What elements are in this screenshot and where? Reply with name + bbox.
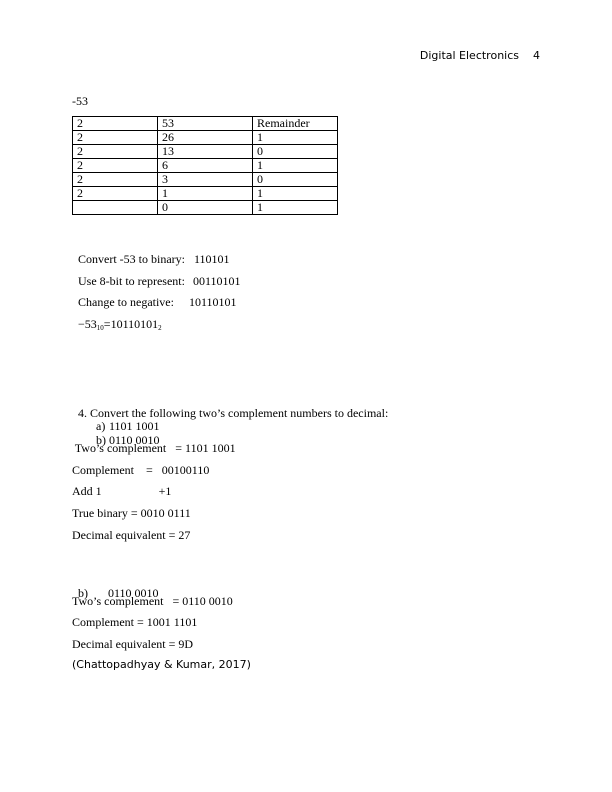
- table-row: 253Remainder: [73, 117, 338, 131]
- table-cell: [73, 201, 158, 215]
- table-cell: 0: [253, 173, 338, 187]
- table-cell: 1: [253, 201, 338, 215]
- part-a-line: Decimal equivalent = 27: [72, 528, 190, 542]
- table-cell: 0: [253, 145, 338, 159]
- negative-53-label: -53: [72, 94, 88, 108]
- table-row: 2130: [73, 145, 338, 159]
- part-a-line: Two’s complement = 1101 1001: [72, 441, 236, 455]
- part-a-line: True binary = 0010 0111: [72, 506, 191, 520]
- part-b-line: Two’s complement = 0110 0010: [72, 594, 233, 608]
- table-cell: 2: [73, 131, 158, 145]
- citation: (Chattopadhyay & Kumar, 2017): [72, 658, 251, 672]
- table-cell: 6: [158, 159, 253, 173]
- table-row: 211: [73, 187, 338, 201]
- page-header: Digital Electronics4: [413, 35, 540, 63]
- table-cell: 0: [158, 201, 253, 215]
- table-cell: 2: [73, 145, 158, 159]
- division-table: 253Remainder2261213026123021101: [72, 116, 338, 215]
- table-cell: 53: [158, 117, 253, 131]
- table-row: 261: [73, 159, 338, 173]
- table-cell: 3: [158, 173, 253, 187]
- table-cell: 1: [253, 131, 338, 145]
- table-cell: 1: [253, 159, 338, 173]
- table-cell: Remainder: [253, 117, 338, 131]
- table-cell: 2: [73, 187, 158, 201]
- part-b-line: Complement = 1001 1101: [72, 615, 197, 629]
- table-cell: 1: [158, 187, 253, 201]
- part-a-line: Complement = 00100110: [72, 463, 209, 477]
- part-b-line: Decimal equivalent = 9D: [72, 637, 193, 651]
- page-number: 4: [533, 49, 540, 62]
- table-cell: 13: [158, 145, 253, 159]
- header-title: Digital Electronics: [420, 49, 519, 62]
- result-equation: −5310=101101012: [72, 303, 162, 331]
- part-a-line: Add 1 +1: [72, 484, 171, 498]
- table-cell: 2: [73, 159, 158, 173]
- table-row: 2261: [73, 131, 338, 145]
- table-cell: 1: [253, 187, 338, 201]
- table-cell: 2: [73, 173, 158, 187]
- table-cell: 26: [158, 131, 253, 145]
- table-cell: 2: [73, 117, 158, 131]
- question-4: 4.Convert the following two’s complement…: [72, 392, 87, 420]
- table-row: 01: [73, 201, 338, 215]
- table-row: 230: [73, 173, 338, 187]
